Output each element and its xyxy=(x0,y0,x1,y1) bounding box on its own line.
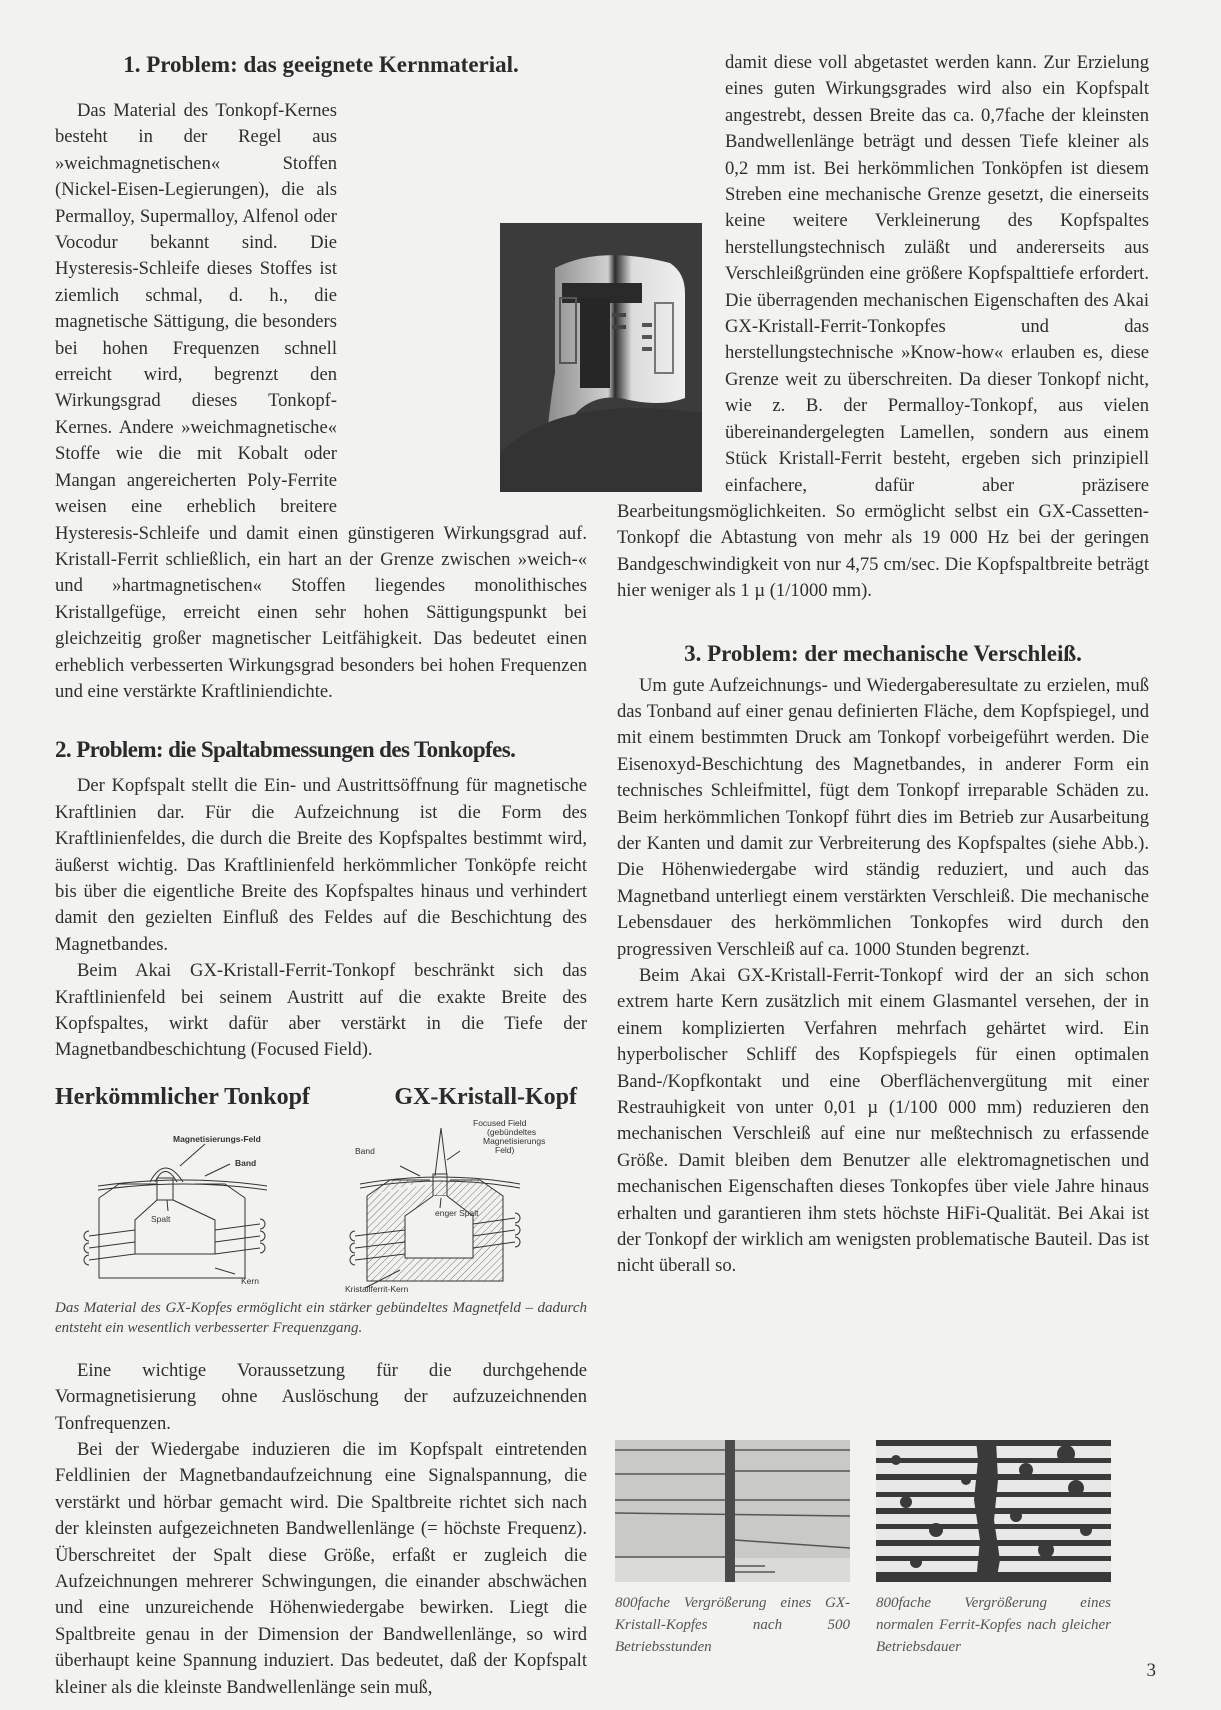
section-2-paragraph-4: Bei der Wiedergabe induzieren die im Kop… xyxy=(55,1437,587,1701)
label-magnetization-field: Magnetisierungs-Feld xyxy=(173,1134,261,1144)
right-column: damit diese voll abgetastet werden kann.… xyxy=(617,50,1149,1280)
tape-head-diagram: Magnetisierungs-Feld Band Spalt Kern Ban… xyxy=(55,1116,587,1294)
micrograph-gx-caption: 800fache Vergrößerung eines GX-Kristall-… xyxy=(615,1592,850,1658)
micrograph-ferrite: 800fache Vergrößerung eines normalen Fer… xyxy=(876,1440,1111,1658)
section-3-heading: 3. Problem: der mechanische Verschleiß. xyxy=(617,639,1149,669)
page-number: 3 xyxy=(1147,1660,1157,1682)
label-narrow-gap: enger Spalt xyxy=(435,1208,478,1218)
label-gap-left: Spalt xyxy=(151,1214,170,1224)
label-band-left: Band xyxy=(235,1158,256,1168)
section-2-paragraph-1: Der Kopfspalt stellt die Ein- und Austri… xyxy=(55,773,587,958)
section-3-paragraph-1: Um gute Aufzeichnungs- und Wiedergaberes… xyxy=(617,673,1149,963)
label-crystal-core: Kristallferrit-Kern xyxy=(345,1284,408,1294)
micrograph-gx-image xyxy=(615,1440,850,1582)
micrograph-ferrite-image xyxy=(876,1440,1111,1582)
section-2-paragraph-2: Beim Akai GX-Kristall-Ferrit-Tonkopf bes… xyxy=(55,958,587,1064)
photo-float-spacer xyxy=(337,202,587,498)
photo-float-spacer-right xyxy=(617,210,725,492)
label-core-left: Kern xyxy=(241,1276,259,1286)
section-2-paragraph-3: Eine wichtige Voraussetzung für die durc… xyxy=(55,1358,587,1437)
micrograph-gx: 800fache Vergrößerung eines GX-Kristall-… xyxy=(615,1440,850,1658)
section-2-heading: 2. Problem: die Spaltabmessungen des Ton… xyxy=(55,735,587,765)
left-column: 1. Problem: das geeignete Kernmaterial. … xyxy=(55,50,587,1701)
micrograph-ferrite-caption: 800fache Vergrößerung eines normalen Fer… xyxy=(876,1592,1111,1658)
figure-head-gx: GX-Kristall-Kopf xyxy=(394,1082,577,1112)
figure-headings: Herkömmlicher Tonkopf GX-Kristall-Kopf xyxy=(55,1082,587,1112)
figure-head-conventional: Herkömmlicher Tonkopf xyxy=(55,1082,310,1112)
section-3-paragraph-2: Beim Akai GX-Kristall-Ferrit-Tonkopf wir… xyxy=(617,963,1149,1280)
figure-caption: Das Material des GX-Kopfes ermöglicht ei… xyxy=(55,1298,587,1338)
section-1-heading: 1. Problem: das geeignete Kernmaterial. xyxy=(55,50,587,80)
label-focused-field-4: Feld) xyxy=(495,1145,514,1155)
label-band-right: Band xyxy=(355,1146,375,1156)
